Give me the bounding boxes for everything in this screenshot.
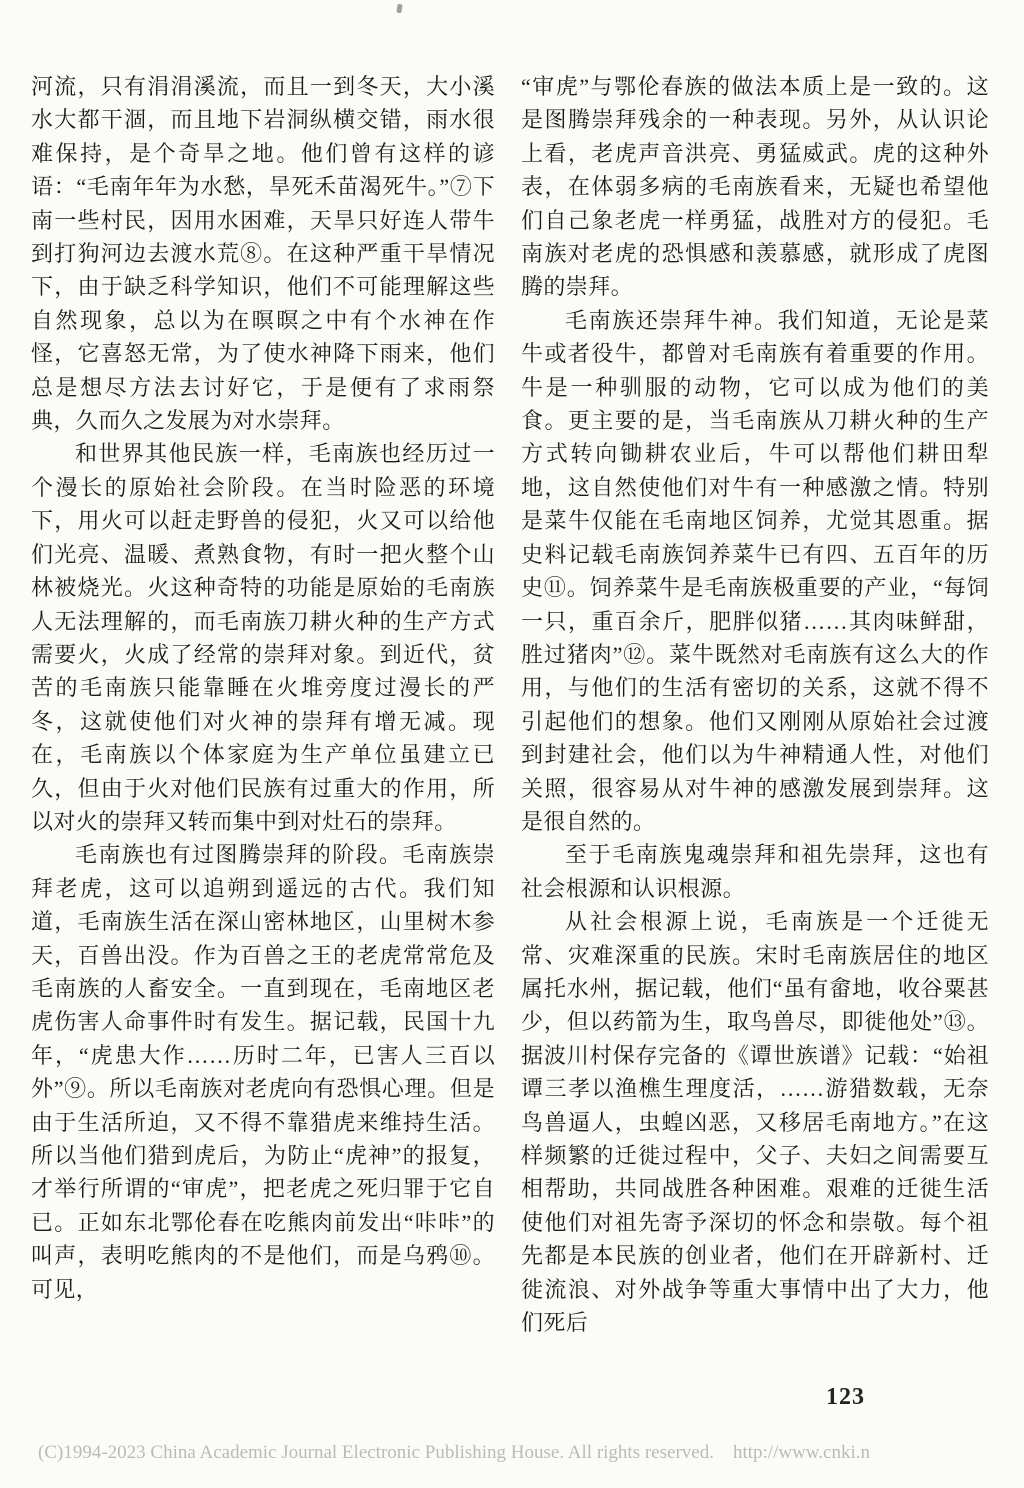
paragraph: 毛南族还崇拜牛神。我们知道，无论是菜牛或者役牛，都曾对毛南族有着重要的作用。牛是… [521,304,989,839]
right-column: “审虎”与鄂伦春族的做法本质上是一致的。这是图腾崇拜残余的一种表现。另外，从认识… [521,70,989,1339]
page-number: 123 [826,1384,865,1411]
paragraph: “审虎”与鄂伦春族的做法本质上是一致的。这是图腾崇拜残余的一种表现。另外，从认识… [521,70,989,304]
copyright-notice: (C)1994-2023 China Academic Journal Elec… [38,1442,1024,1464]
paragraph: 河流，只有涓涓溪流，而且一到冬天，大小溪水大都干涸，而且地下岩洞纵横交错，雨水很… [31,70,495,437]
left-column: 河流，只有涓涓溪流，而且一到冬天，大小溪水大都干涸，而且地下岩洞纵横交错，雨水很… [31,70,495,1306]
scan-artifact [396,4,402,14]
paragraph: 至于毛南族鬼魂崇拜和祖先崇拜，这也有社会根源和认识根源。 [521,838,989,905]
paragraph: 毛南族也有过图腾崇拜的阶段。毛南族崇拜老虎，这可以追朔到遥远的古代。我们知道，毛… [31,838,495,1306]
paragraph: 从社会根源上说，毛南族是一个迁徙无常、灾难深重的民族。宋时毛南族居住的地区属托水… [521,905,989,1339]
paragraph: 和世界其他民族一样，毛南族也经历过一个漫长的原始社会阶段。在当时险恶的环境下，用… [31,437,495,838]
journal-page: 河流，只有涓涓溪流，而且一到冬天，大小溪水大都干涸，而且地下岩洞纵横交错，雨水很… [0,0,1024,1488]
